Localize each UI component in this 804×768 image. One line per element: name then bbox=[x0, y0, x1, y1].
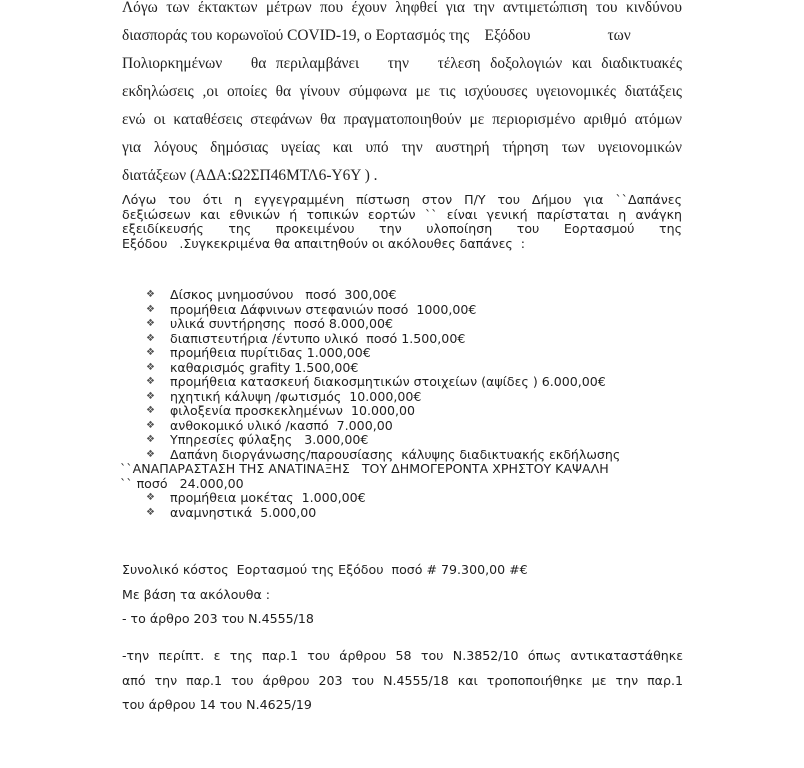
bullet-diamond-icon: ❖ bbox=[146, 361, 170, 376]
expense-text: ανθοκομικό υλικό /κασπό 7.000,00 bbox=[170, 419, 393, 434]
legal-paragraph: -την περίπτ. ε της παρ.1 του άρθρου 58 τ… bbox=[122, 644, 683, 718]
budget-line: δεξιώσεων και εθνικών ή τοπικών εορτών `… bbox=[122, 208, 682, 223]
expense-text: καθαρισμός grafity 1.500,00€ bbox=[170, 361, 358, 376]
intro-line: Πολιορκημένων θα περιλαμβάνει την τέλεση… bbox=[122, 50, 682, 78]
expense-text: φιλοξενία προσκεκλημένων 10.000,00 bbox=[170, 404, 415, 419]
bullet-diamond-icon: ❖ bbox=[146, 332, 170, 347]
expense-text: προμήθεια πυρίτιδας 1.000,00€ bbox=[170, 346, 371, 361]
expense-text: προμήθεια μοκέτας 1.000,00€ bbox=[170, 491, 366, 506]
expense-text: υλικά συντήρησης ποσό 8.000,00€ bbox=[170, 317, 393, 332]
expense-item: ❖αναμνηστικά 5.000,00 bbox=[146, 506, 706, 521]
legal-line: -την περίπτ. ε της παρ.1 του άρθρου 58 τ… bbox=[122, 644, 683, 669]
expense-text: Υπηρεσίες φύλαξης 3.000,00€ bbox=[170, 433, 368, 448]
expense-item: ❖ανθοκομικό υλικό /κασπό 7.000,00 bbox=[146, 419, 706, 434]
bullet-diamond-icon: ❖ bbox=[146, 506, 170, 521]
bullet-diamond-icon: ❖ bbox=[146, 317, 170, 332]
bullet-diamond-icon: ❖ bbox=[146, 448, 170, 463]
expense-item: ❖Υπηρεσίες φύλαξης 3.000,00€ bbox=[146, 433, 706, 448]
expense-text: ηχητική κάλυψη /φωτισμός 10.000,00€ bbox=[170, 390, 421, 405]
expense-item: ❖φιλοξενία προσκεκλημένων 10.000,00 bbox=[146, 404, 706, 419]
expense-text: Δίσκος μνημοσύνου ποσό 300,00€ bbox=[170, 288, 397, 303]
expense-item: ❖Δίσκος μνημοσύνου ποσό 300,00€ bbox=[146, 288, 706, 303]
expense-item: ❖προμήθεια κατασκευή διακοσμητικών στοιχ… bbox=[146, 375, 706, 390]
intro-line: διατάξεων (ΑΔΑ:Ω2ΣΠ46ΜΤΛ6-Υ6Υ ) . bbox=[122, 162, 682, 190]
bullet-diamond-icon: ❖ bbox=[146, 433, 170, 448]
expense-text: ``ΑΝΑΠΑΡΑΣΤΑΣΗ ΤΗΣ ΑΝΑΤΙΝΑΞΗΣ ΤΟΥ ΔΗΜΟΓΕ… bbox=[120, 462, 609, 477]
bullet-diamond-icon: ❖ bbox=[146, 404, 170, 419]
expense-text: Δαπάνη διοργάνωσης/παρουσίασης κάλυψης δ… bbox=[170, 448, 620, 463]
bullet-diamond-icon: ❖ bbox=[146, 346, 170, 361]
expense-text: `` ποσό 24.000,00 bbox=[120, 477, 244, 492]
expense-item: ❖προμήθεια μοκέτας 1.000,00€ bbox=[146, 491, 706, 506]
expense-item: ❖διαπιστευτήρια /έντυπο υλικό ποσό 1.500… bbox=[146, 332, 706, 347]
budget-line: Εξόδου .Συγκεκριμένα θα απαιτηθούν οι ακ… bbox=[122, 237, 682, 252]
expense-text: προμήθεια Δάφνινων στεφανιών ποσό 1000,0… bbox=[170, 303, 476, 318]
expense-item: ❖προμήθεια πυρίτιδας 1.000,00€ bbox=[146, 346, 706, 361]
expenses-list: ❖Δίσκος μνημοσύνου ποσό 300,00€ ❖προμήθε… bbox=[146, 288, 706, 520]
legal-line: από την παρ.1 του άρθρου 203 του Ν.4555/… bbox=[122, 669, 683, 694]
expense-item-continuation: `` ποσό 24.000,00 bbox=[120, 477, 706, 492]
bullet-diamond-icon: ❖ bbox=[146, 390, 170, 405]
intro-line: διασποράς του κορωνοϊού COVID-19, ο Εορτ… bbox=[122, 22, 682, 50]
bullet-diamond-icon: ❖ bbox=[146, 419, 170, 434]
expense-item: ❖προμήθεια Δάφνινων στεφανιών ποσό 1000,… bbox=[146, 303, 706, 318]
intro-paragraph: Λόγω των έκτακτων μέτρων που έχουν ληφθε… bbox=[122, 0, 682, 190]
budget-line: Λόγω του ότι η εγγεγραμμένη πίστωση στον… bbox=[122, 193, 682, 208]
intro-line: για λόγους δημόσιας υγείας και υπό την α… bbox=[122, 134, 682, 162]
intro-line: ενώ οι καταθέσεις στεφάνων θα πραγματοπο… bbox=[122, 106, 682, 134]
bullet-diamond-icon: ❖ bbox=[146, 288, 170, 303]
bullet-diamond-icon: ❖ bbox=[146, 491, 170, 506]
expense-item: ❖υλικά συντήρησης ποσό 8.000,00€ bbox=[146, 317, 706, 332]
budget-line: εξειδίκευσής της προκειμένου την υλοποίη… bbox=[122, 222, 682, 237]
basis-heading: Με βάση τα ακόλουθα : bbox=[122, 587, 270, 602]
legal-basis-item: - το άρθρο 203 του Ν.4555/18 bbox=[122, 611, 314, 626]
expense-item: ❖ηχητική κάλυψη /φωτισμός 10.000,00€ bbox=[146, 390, 706, 405]
intro-line: Λόγω των έκτακτων μέτρων που έχουν ληφθε… bbox=[122, 0, 682, 22]
document-page: Λόγω των έκτακτων μέτρων που έχουν ληφθε… bbox=[0, 0, 804, 768]
bullet-diamond-icon: ❖ bbox=[146, 303, 170, 318]
expense-text: προμήθεια κατασκευή διακοσμητικών στοιχε… bbox=[170, 375, 606, 390]
budget-paragraph: Λόγω του ότι η εγγεγραμμένη πίστωση στον… bbox=[122, 193, 682, 251]
expense-item-continuation: ``ΑΝΑΠΑΡΑΣΤΑΣΗ ΤΗΣ ΑΝΑΤΙΝΑΞΗΣ ΤΟΥ ΔΗΜΟΓΕ… bbox=[120, 462, 706, 477]
expense-text: διαπιστευτήρια /έντυπο υλικό ποσό 1.500,… bbox=[170, 332, 465, 347]
bullet-diamond-icon: ❖ bbox=[146, 375, 170, 390]
expense-text: αναμνηστικά 5.000,00 bbox=[170, 506, 316, 521]
intro-line: εκδηλώσεις ,οι οποίες θα γίνουν σύμφωνα … bbox=[122, 78, 682, 106]
legal-line: του άρθρου 14 του Ν.4625/19 bbox=[122, 693, 683, 718]
expense-item: ❖καθαρισμός grafity 1.500,00€ bbox=[146, 361, 706, 376]
total-cost: Συνολικό κόστος Εορτασμού της Εξόδου ποσ… bbox=[122, 562, 528, 577]
expense-item: ❖Δαπάνη διοργάνωσης/παρουσίασης κάλυψης … bbox=[146, 448, 706, 463]
